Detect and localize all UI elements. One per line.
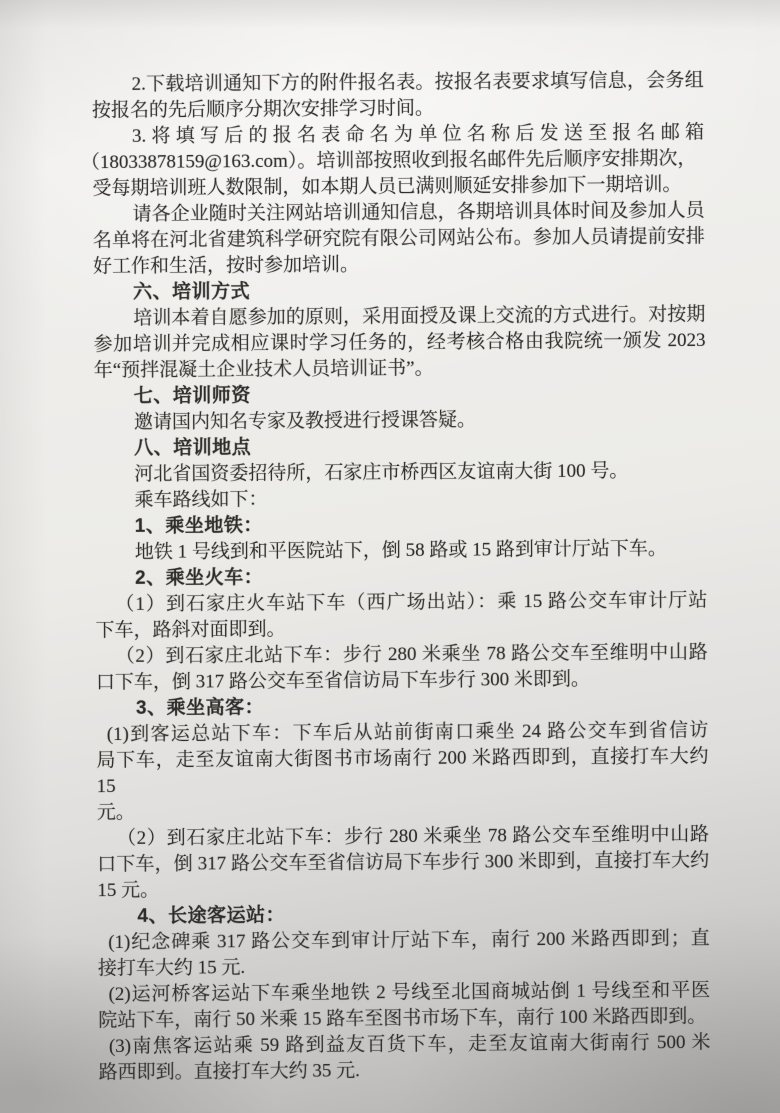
text-line: 口下车，倒 317 路公交车至省信访局下车步行 300 米即到，直接打车大约 xyxy=(97,848,709,878)
text-line: (1)纪念碑乘 317 路公交车到审计厅站下车，南行 200 米路西即到；直 xyxy=(98,926,710,956)
text-line: 地铁 1 号线到和平医院站下，倒 58 路或 15 路到审计厅站下车。 xyxy=(95,536,707,566)
scanned-document-page: 2.下载培训通知下方的附件报名表。按报名表要求填写信息，会务组按报名的先后顺序分… xyxy=(0,0,780,1113)
text-line: （1）到石家庄火车站下车（西广场出站）：乘 15 路公交车审计厅站 xyxy=(95,588,707,618)
text-line: (3)南焦客运站乘 59 路到益友百货下车，走至友谊南大街南行 500 米 xyxy=(98,1030,710,1060)
text-line: 路西即到。直接打车大约 35 元. xyxy=(99,1056,711,1086)
text-line: （2）到石家庄北站下车：步行 280 米乘坐 78 路公交车至维明中山路 xyxy=(96,640,708,670)
text-line: 局下车，走至友谊南大街图书市场南行 200 米路西即到，直接打车大约 15 xyxy=(96,744,708,800)
text-line: 河北省国资委招待所，石家庄市桥西区友谊南大街 100 号。 xyxy=(94,458,706,488)
text-line: 2.下载培训通知下方的附件报名表。按报名表要求填写信息，会务组 xyxy=(92,68,704,98)
document-body: 2.下载培训通知下方的附件报名表。按报名表要求填写信息，会务组按报名的先后顺序分… xyxy=(92,68,711,1086)
text-line: 参加培训并完成相应课时学习任务的，经考核合格由我院统一颁发 2023 xyxy=(93,328,705,358)
text-line: 名单将在河北省建筑科学研究院有限公司网站公布。参加人员请提前安排 xyxy=(93,224,705,254)
